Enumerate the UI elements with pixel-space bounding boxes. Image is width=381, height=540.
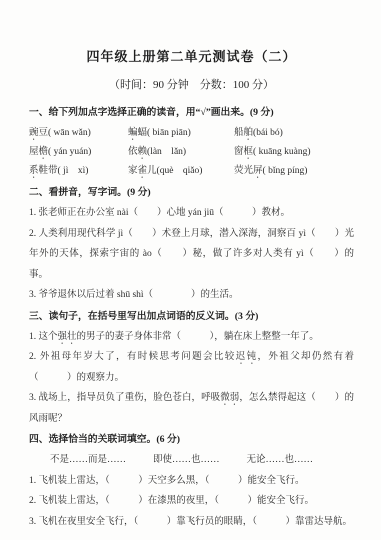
conjunction-option: 不是……而是……	[50, 450, 126, 471]
conjunction-options: 不是……而是…… 即使……也…… 无论……也……	[29, 450, 354, 471]
time-score-line: （时间：90 分钟 分数：100 分）	[29, 76, 354, 92]
section-3-heading: 三、读句子，在括号里写出加点词语的反义词。(3 分)	[29, 307, 354, 327]
pinyin-item: 家雀儿(què qiǎo)	[128, 162, 234, 181]
test-paper-page: 四年级上册第二单元测试卷（二） （时间：90 分钟 分数：100 分） 一、给下…	[0, 0, 381, 540]
antonym-sentence: 3. 战场上，指导员负了重伤，脸色苍白，呼吸微弱，怎么禁得起这（ ）的风雨呢？	[29, 388, 354, 429]
antonym-sentence: 2. 外祖母年岁大了，有时候思考问题会比较迟钝，外祖父却仍然有着（ ）的观察力。	[29, 347, 354, 388]
fill-blank-sentence: 3. 爷爷退休以后过着 shū shì（ ）的生活。	[29, 285, 354, 306]
pinyin-choice-grid: 豌豆( wān wǎn) 蝙蝠( biān piān) 船舶(bái bó) 屋…	[29, 124, 354, 181]
pinyin-item: 荧光屏( bǐng píng)	[234, 162, 354, 181]
conjunction-sentence: 1. 飞机装上雷达，（ ）天空多么黑，（ ）能安全飞行。	[29, 471, 354, 492]
pinyin-item: 系鞋带( jì xì)	[29, 162, 128, 181]
conjunction-sentence: 2. 飞机装上雷达，（ ）在漆黑的夜里，（ ）能安全飞行。	[29, 491, 354, 512]
section-2-heading: 二、看拼音，写字词。(9 分)	[29, 183, 354, 203]
section-1-heading: 一、给下列加点字选择正确的读音，用“√”画出来。(9 分)	[29, 103, 354, 123]
section-4-heading: 四、选择恰当的关联词填空。(6 分)	[29, 430, 354, 450]
section-2-write-words: 二、看拼音，写字词。(9 分) 1. 张老师正在办公室 nài（ ）心地 yán…	[29, 183, 354, 306]
pinyin-item: 窗框( kuāng kuàng)	[234, 143, 354, 162]
fill-blank-sentence: 1. 张老师正在办公室 nài（ ）心地 yán jiū（ ）教材。	[29, 203, 354, 224]
pinyin-item: 豌豆( wān wǎn)	[29, 124, 128, 143]
conjunction-option: 即使……也……	[153, 450, 220, 471]
page-title: 四年级上册第二单元测试卷（二）	[29, 46, 354, 65]
pinyin-item: 船舶(bái bó)	[234, 124, 354, 143]
section-1-pinyin-choice: 一、给下列加点字选择正确的读音，用“√”画出来。(9 分) 豌豆( wān wǎ…	[29, 103, 354, 181]
section-3-antonyms: 三、读句子，在括号里写出加点词语的反义词。(3 分) 1. 这个强壮的男子的妻子…	[29, 307, 354, 430]
pinyin-item: 蝙蝠( biān piān)	[128, 124, 234, 143]
pinyin-item: 依赖(làn lǎn)	[128, 143, 234, 162]
page-number: - 1 -	[0, 515, 381, 524]
antonym-sentence: 1. 这个强壮的男子的妻子身体非常（ ），躺在床上整整一年了。	[29, 327, 354, 348]
pinyin-item: 屋檐( yán yuán)	[29, 143, 128, 162]
conjunction-option: 无论……也……	[247, 450, 314, 471]
fill-blank-sentence: 2. 人类利用现代科学 jì（ ）术登上月球，潜入深海，洞察百 yì（ ）光年外…	[29, 224, 354, 286]
